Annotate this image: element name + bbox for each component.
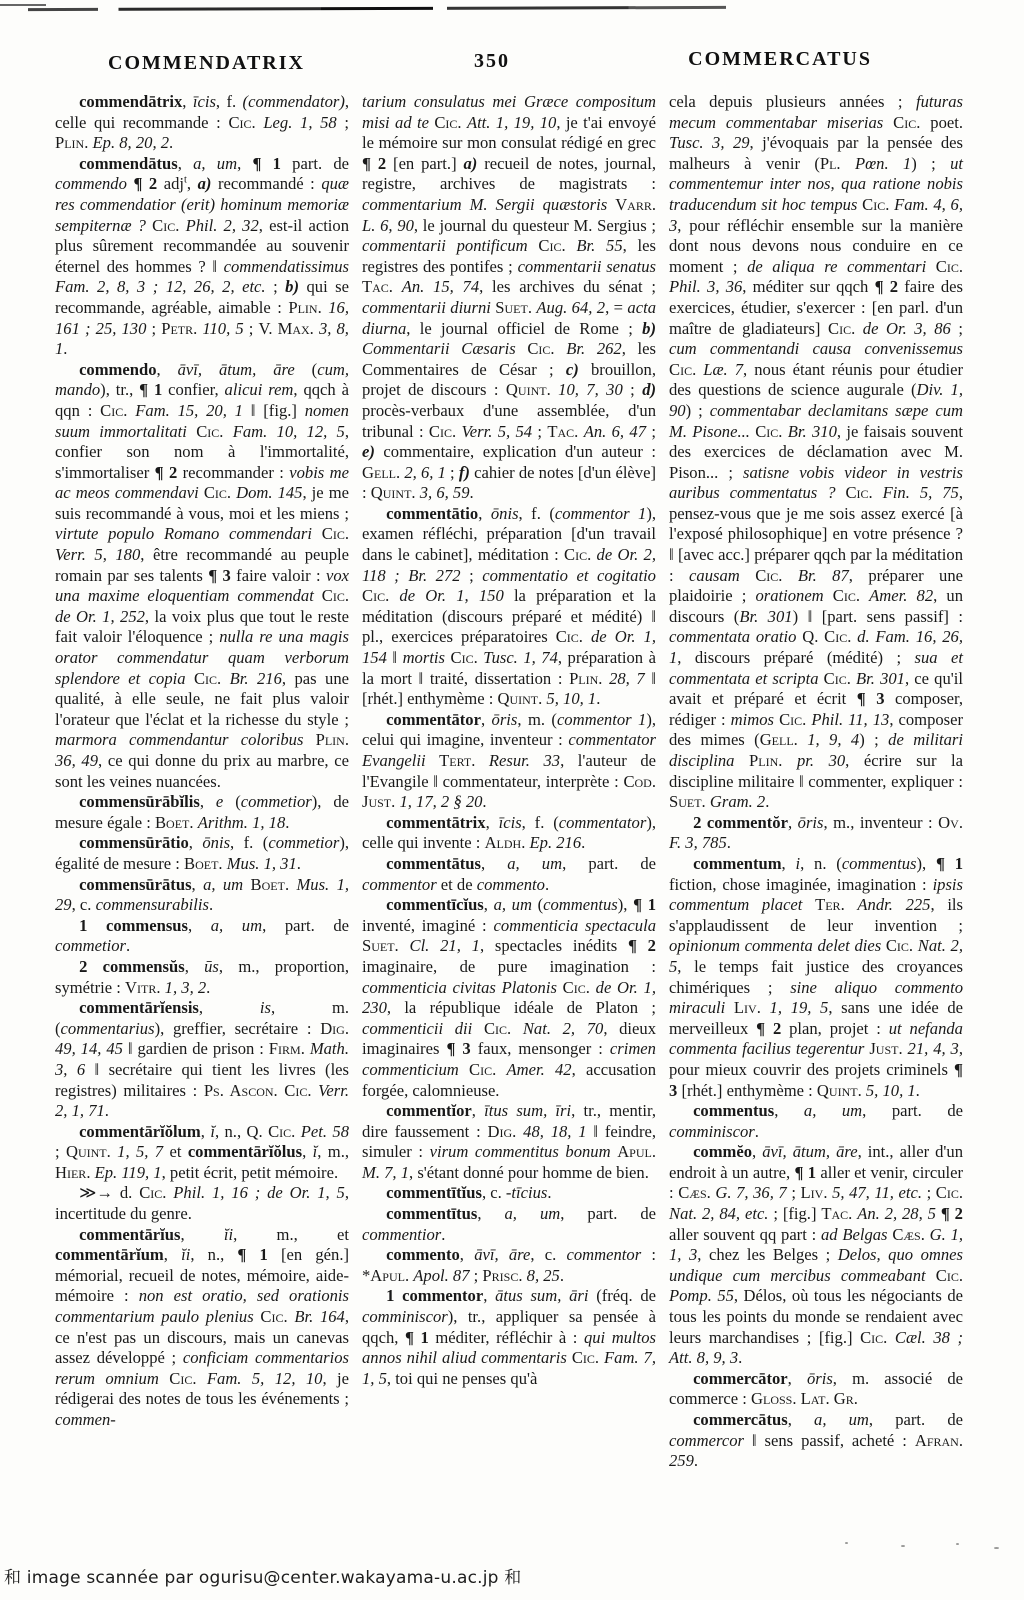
entry-commentator: commentātor, ōris, m. (commentor 1), cel… xyxy=(362,710,656,813)
page-header: COMMENDATRIX 350 COMMERCATUS xyxy=(0,48,1024,82)
entry-commentatrix: commentātrix, īcis, f. (commentator), ce… xyxy=(362,813,656,854)
entry-commenticius: commentīcĭus, a, um (commentus), ¶ 1 inv… xyxy=(362,895,656,1101)
header-right-word: COMMERCATUS xyxy=(688,48,872,71)
entry-commercatus: commercātus, a, um, part. de commercor ‖… xyxy=(669,1410,963,1472)
scan-speck xyxy=(994,1547,999,1549)
entry-commendatrix: commendātrix, īcis, f. (commendator), ce… xyxy=(55,92,349,154)
entry-commentum: commentum, i, n. (commentus), ¶ 1 fictio… xyxy=(669,854,963,1101)
page-footer: 和 image scannée par ogurisu@center.wakay… xyxy=(4,1563,521,1588)
column-1: commendātrix, īcis, f. (commendator), ce… xyxy=(55,92,349,1472)
entry-commeo: commĕo, āvī, ātum, āre, int., aller d'un… xyxy=(669,1142,963,1369)
entry-commensuratio: commensūrātio, ōnis, f. (commetior), éga… xyxy=(55,833,349,874)
scan-credit: 和 image scannée par ogurisu@center.wakay… xyxy=(4,1568,521,1588)
entry-commendatus: commendātus, a, um, ¶ 1 part. de commend… xyxy=(55,154,349,360)
entry-commensuratus: commensūrātus, a, um Boet. Mus. 1, 29, c… xyxy=(55,875,349,916)
entry-commentus: commentus, a, um, part. de comminiscor. xyxy=(669,1101,963,1142)
entry-commentariensis: commentārĭensis, is, m. (commentarius), … xyxy=(55,998,349,1122)
note-genre-uncertainty: ≫→ d. Cic. Phil. 1, 16 ; de Or. 1, 5, in… xyxy=(55,1183,349,1224)
entry-commentior: commentĭor, ītus sum, īri, tr., mentir, … xyxy=(362,1101,656,1183)
scan-artifact-dash xyxy=(0,4,46,6)
entry-commensus-1: 1 commensus, a, um, part. de commetior. xyxy=(55,916,349,957)
entry-commentarius: commentārĭus, ĭi, m., et commentārĭum, ĭ… xyxy=(55,1225,349,1431)
text-columns: commendātrix, īcis, f. (commendator), ce… xyxy=(55,92,963,1472)
column-3: cela depuis plusieurs années ; futuras m… xyxy=(669,92,963,1472)
entry-commensus-2: 2 commensŭs, ūs, m., proportion, symétri… xyxy=(55,957,349,998)
entry-commentariolum: commentārĭŏlum, ĭ, n., Q. Cic. Pet. 58 ;… xyxy=(55,1122,349,1184)
entry-commentor-1: 1 commentor, ātus sum, āri (fréq. de com… xyxy=(362,1286,656,1389)
entry-commentitius: commentītĭus, c. -tīcius. xyxy=(362,1183,656,1204)
scan-artifact-top-line xyxy=(28,6,726,11)
entry-commensurabilis: commensūrābĭlis, e (commetior), de mesur… xyxy=(55,792,349,833)
scan-speck xyxy=(845,1542,848,1544)
column-2: tarium consulatus mei Græce compositum m… xyxy=(362,92,656,1472)
scan-speck xyxy=(956,1543,959,1545)
entry-commentarius-continuation: tarium consulatus mei Græce compositum m… xyxy=(362,92,656,504)
entry-commentatus: commentātus, a, um, part. de commentor e… xyxy=(362,854,656,895)
entry-commendo: commendo, āvī, ātum, āre (cum, mando), t… xyxy=(55,360,349,792)
entry-commentatio: commentātio, ōnis, f. (commentor 1), exa… xyxy=(362,504,656,710)
entry-commento: commento, āvī, āre, c. commentor : *Apul… xyxy=(362,1245,656,1286)
entry-commentitus: commentītus, a, um, part. de commentior. xyxy=(362,1204,656,1245)
scan-speck xyxy=(901,1545,905,1547)
header-left-word: COMMENDATRIX xyxy=(108,52,305,75)
dictionary-page: COMMENDATRIX 350 COMMERCATUS commendātri… xyxy=(0,0,1024,1600)
entry-commercator: commercātor, ōris, m. associé de commerc… xyxy=(669,1369,963,1410)
page-number: 350 xyxy=(474,50,510,73)
entry-commentor-1-continuation: cela depuis plusieurs années ; futuras m… xyxy=(669,92,963,813)
entry-commentor-2: 2 commentŏr, ōris, m., inventeur : Ov. F… xyxy=(669,813,963,854)
